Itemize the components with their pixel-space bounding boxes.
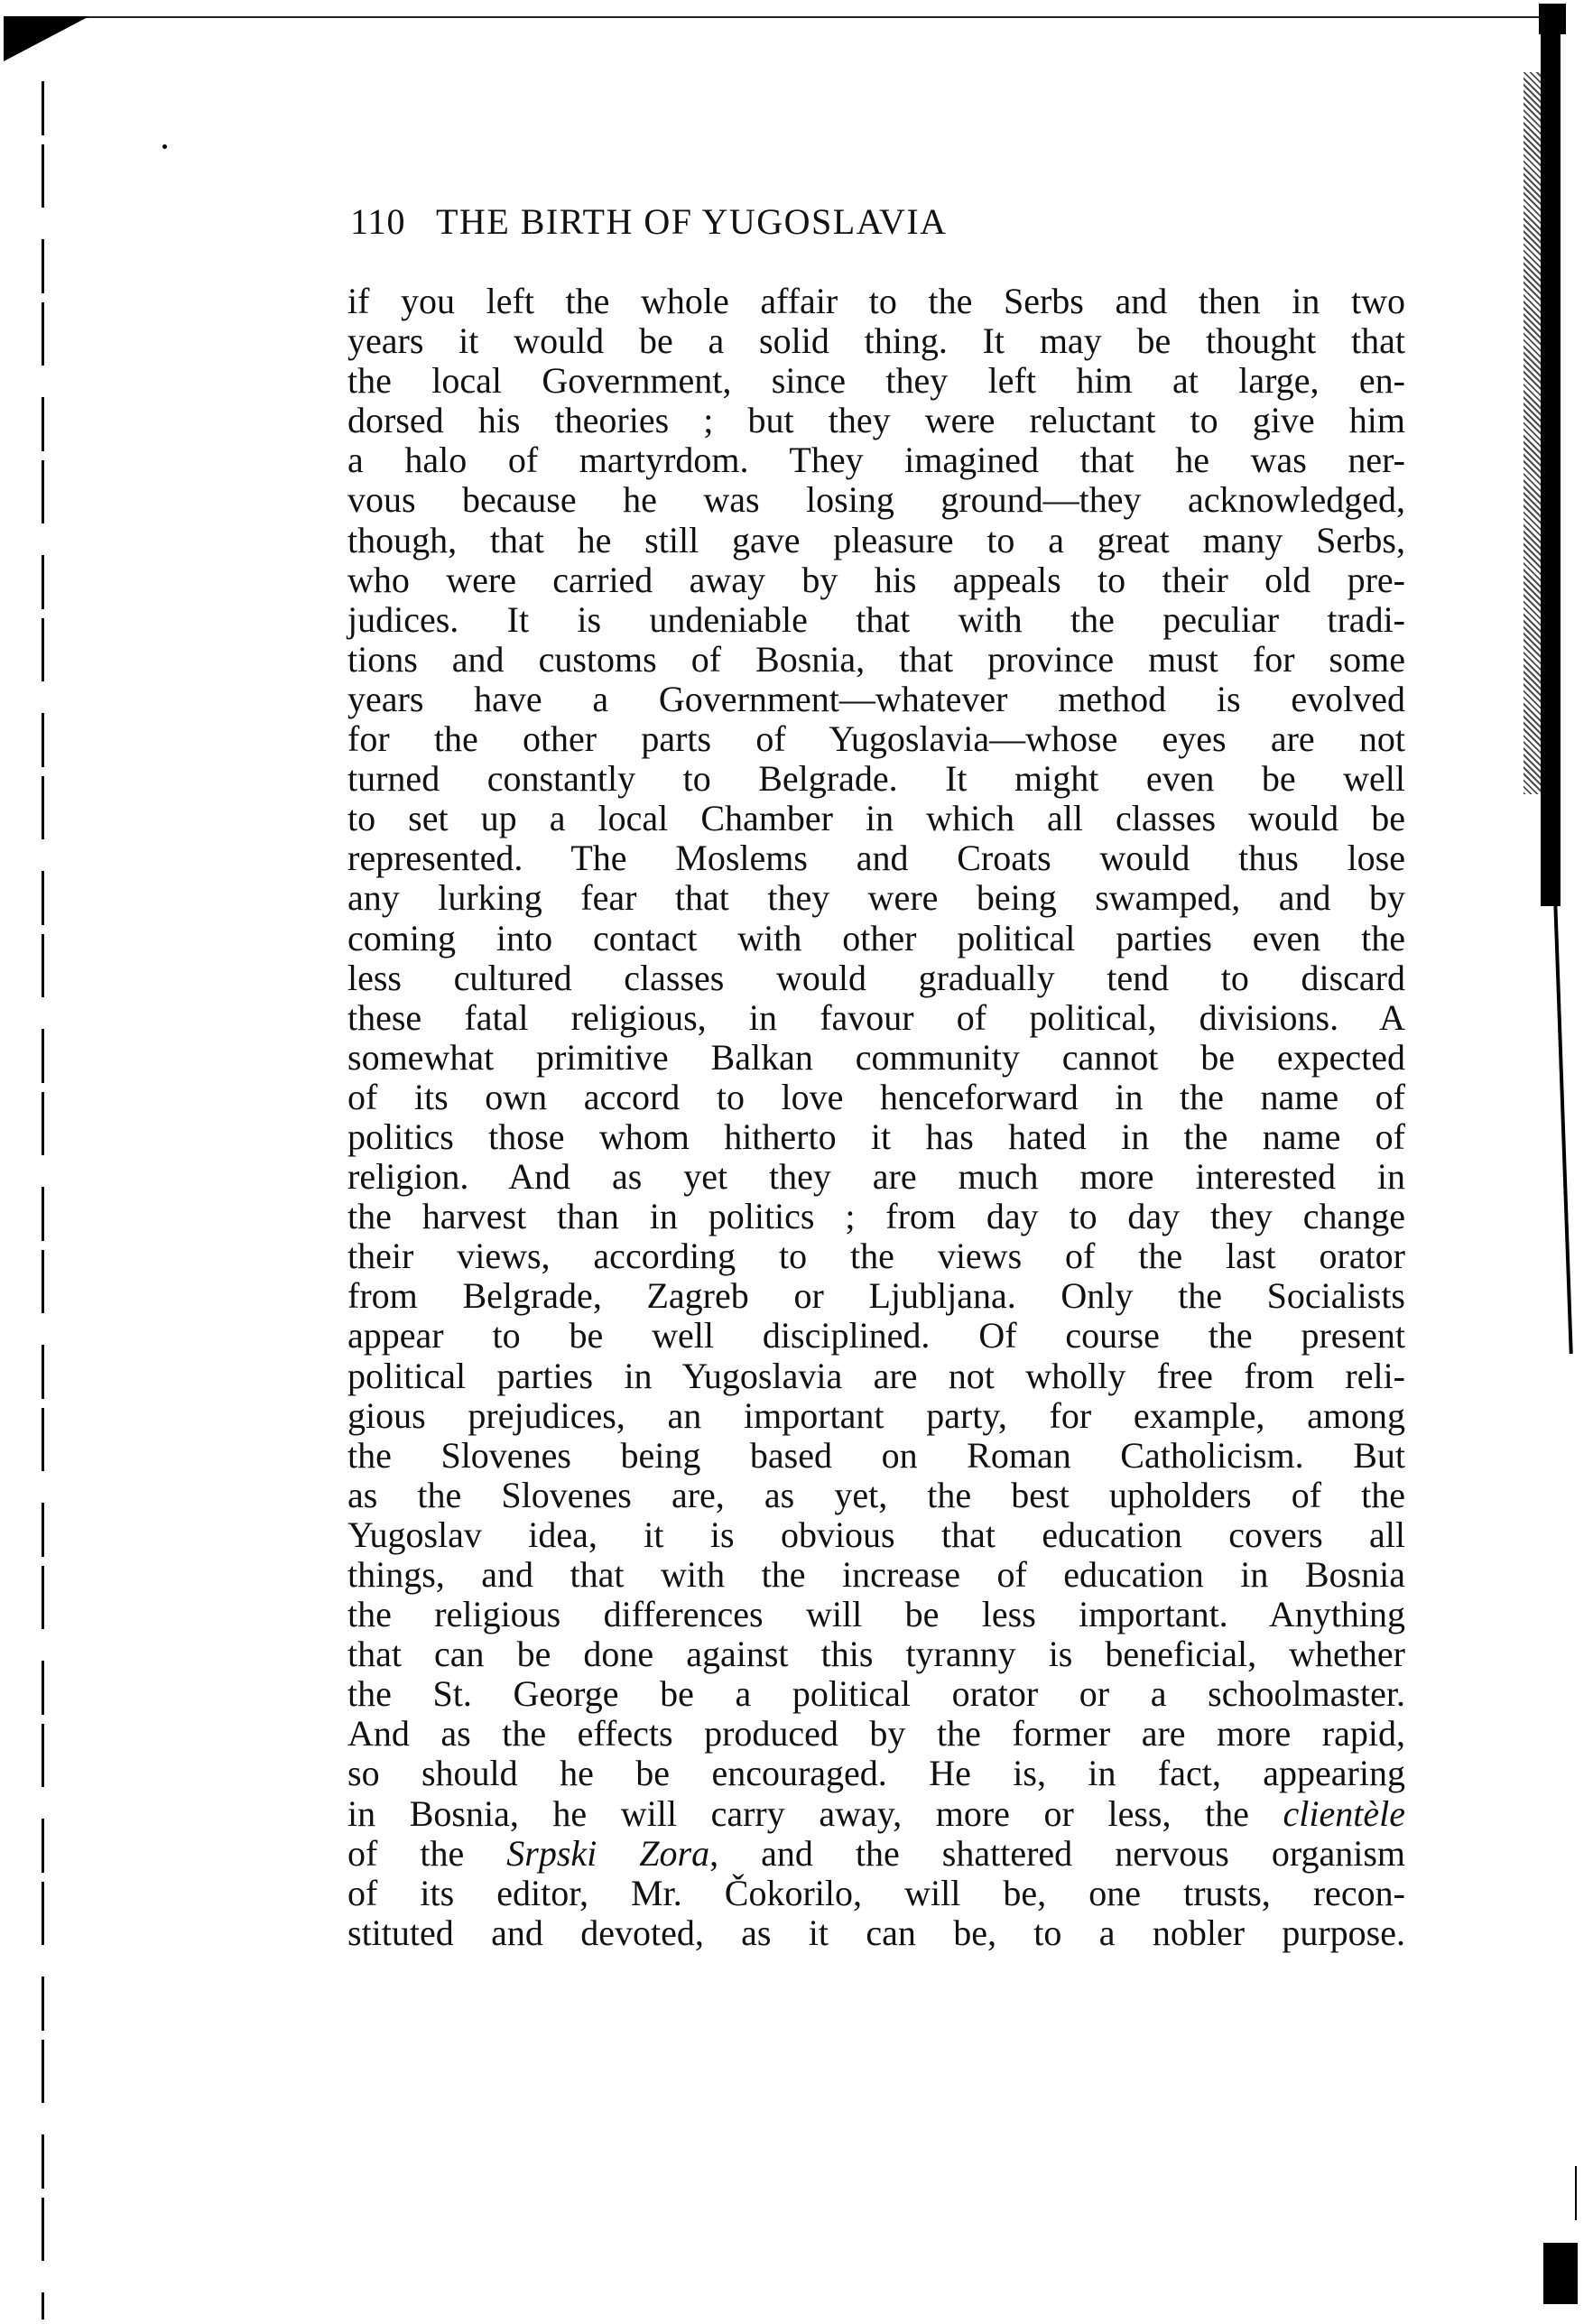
- text-line: And as the effects produced by the forme…: [347, 1714, 1405, 1754]
- text-line: so should he be encouraged. He is, in fa…: [347, 1754, 1405, 1793]
- scan-bottom-right-line: [1575, 2166, 1577, 2220]
- book-page: 110 THE BIRTH OF YUGOSLAVIA if you left …: [0, 0, 1593, 2324]
- text-line: represented. The Moslems and Croats woul…: [347, 838, 1405, 878]
- text-line: of its own accord to love henceforward i…: [347, 1078, 1405, 1117]
- text-line-final: stituted and devoted, as it can be, to a…: [347, 1913, 1405, 1953]
- text-line: of its editor, Mr. Čokorilo, will be, on…: [347, 1874, 1405, 1913]
- text-line: the local Government, since they left hi…: [347, 361, 1405, 401]
- text-line: tions and customs of Bosnia, that provin…: [347, 640, 1405, 680]
- text-line: religion. And as yet they are much more …: [347, 1157, 1405, 1197]
- text-line: politics those whom hitherto it has hate…: [347, 1117, 1405, 1157]
- text-line: appear to be well disciplined. Of course…: [347, 1316, 1405, 1356]
- text-line: to set up a local Chamber in which all c…: [347, 799, 1405, 838]
- text-line: these fatal religious, in favour of poli…: [347, 998, 1405, 1038]
- text-line: that can be done against this tyranny is…: [347, 1634, 1405, 1674]
- scan-corner-shadow: [4, 16, 89, 61]
- text-line-with-italic: of the Srpski Zora, and the shattered ne…: [347, 1834, 1405, 1874]
- text-line: coming into contact with other political…: [347, 919, 1405, 958]
- text-segment: of the: [347, 1833, 464, 1874]
- scan-left-edge: [42, 81, 44, 2319]
- body-text: if you left the whole affair to the Serb…: [347, 282, 1405, 1953]
- running-title: THE BIRTH OF YUGOSLAVIA: [436, 200, 948, 243]
- text-segment: in Bosnia, he will carry away, more or l…: [347, 1793, 1249, 1834]
- scan-speck: [162, 144, 167, 149]
- running-head: 110 THE BIRTH OF YUGOSLAVIA: [350, 200, 1406, 245]
- text-line: vous because he was losing ground—they a…: [347, 480, 1405, 520]
- text-line: dorsed his theories ; but they were relu…: [347, 401, 1405, 440]
- text-line: gious prejudices, an important party, fo…: [347, 1396, 1405, 1436]
- text-line: years have a Government—whatever method …: [347, 680, 1405, 719]
- scan-right-speckle: [1524, 72, 1545, 794]
- text-line: if you left the whole affair to the Serb…: [347, 282, 1405, 321]
- text-line: political parties in Yugoslavia are not …: [347, 1356, 1405, 1396]
- text-line: as the Slovenes are, as yet, the best up…: [347, 1476, 1405, 1515]
- scan-right-edge: [1553, 903, 1572, 1354]
- text-line: from Belgrade, Zagreb or Ljubljana. Only…: [347, 1276, 1405, 1316]
- text-line: who were carried away by his appeals to …: [347, 560, 1405, 600]
- text-line: their views, according to the views of t…: [347, 1236, 1405, 1276]
- text-line: turned constantly to Belgrade. It might …: [347, 759, 1405, 799]
- scan-bottom-right-blob: [1543, 2243, 1578, 2304]
- text-line: judices. It is undeniable that with the …: [347, 600, 1405, 640]
- text-line: the religious differences will be less i…: [347, 1595, 1405, 1634]
- text-line: somewhat primitive Balkan community cann…: [347, 1038, 1405, 1078]
- text-line: for the other parts of Yugoslavia—whose …: [347, 719, 1405, 759]
- text-line: though, that he still gave pleasure to a…: [347, 521, 1405, 560]
- text-line: the St. George be a political orator or …: [347, 1674, 1405, 1714]
- italic-term-clientele: clientèle: [1283, 1793, 1405, 1834]
- text-line: things, and that with the increase of ed…: [347, 1555, 1405, 1595]
- text-line: years it would be a solid thing. It may …: [347, 321, 1405, 361]
- text-line: the Slovenes being based on Roman Cathol…: [347, 1436, 1405, 1476]
- text-line: any lurking fear that they were being sw…: [347, 878, 1405, 918]
- scan-top-edge: [45, 16, 1561, 18]
- text-line: less cultured classes would gradually te…: [347, 958, 1405, 998]
- text-line-with-italic: in Bosnia, he will carry away, more or l…: [347, 1794, 1405, 1834]
- text-line: the harvest than in politics ; from day …: [347, 1197, 1405, 1236]
- text-segment: , and the shattered nervous organism: [709, 1833, 1405, 1874]
- text-line: Yugoslav idea, it is obvious that educat…: [347, 1515, 1405, 1555]
- italic-title-srpski-zora: Srpski Zora: [506, 1833, 709, 1874]
- page-number: 110: [350, 200, 406, 243]
- text-line: a halo of martyrdom. They imagined that …: [347, 440, 1405, 480]
